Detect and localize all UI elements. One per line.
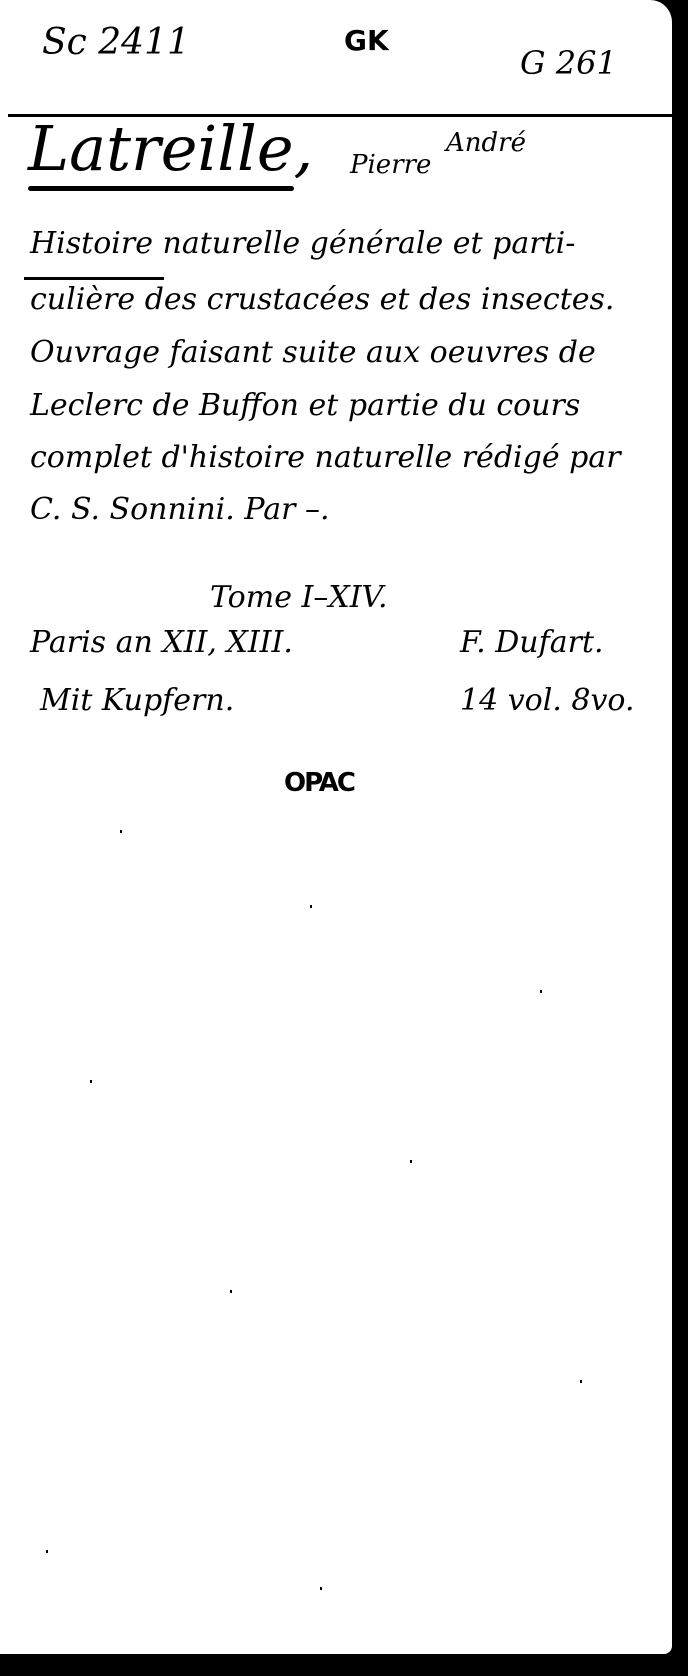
title-line-4: Leclerc de Buffon et partie du cours: [30, 388, 580, 423]
author-surname: Latreille,: [28, 112, 313, 185]
speck: [320, 1587, 322, 1590]
shelfmark-left: Sc 2411: [42, 22, 190, 63]
speck: [46, 1550, 48, 1553]
imprint-place-date: Paris an XII, XIII.: [30, 625, 293, 660]
speck: [120, 830, 122, 833]
author-given-first: Pierre: [350, 150, 431, 180]
title-line-5: complet d'histoire naturelle rédigé par: [30, 440, 621, 475]
catalog-card: Sc 2411 GK G 261 Latreille, Pierre André…: [0, 0, 672, 1654]
scan-edge: [674, 120, 688, 1480]
extent: 14 vol. 8vo.: [460, 683, 635, 718]
speck: [580, 1380, 582, 1383]
volumes: Tome I–XIV.: [210, 580, 388, 615]
speck: [230, 1290, 232, 1293]
speck: [410, 1160, 412, 1163]
speck: [310, 905, 312, 908]
author-underline: [28, 186, 294, 191]
speck: [540, 990, 542, 993]
shelfmark-right: G 261: [520, 44, 617, 82]
title-underline: [24, 277, 164, 280]
opac-stamp: OPAC: [284, 768, 354, 798]
title-line-2: culière des crustacées et des insectes.: [30, 282, 614, 317]
publisher: F. Dufart.: [460, 625, 604, 660]
collection-code: GK: [344, 24, 389, 57]
author-given-second: André: [446, 128, 526, 158]
illustration-note: Mit Kupfern.: [40, 683, 234, 718]
title-line-6: C. S. Sonnini. Par –.: [30, 492, 330, 527]
title-line-3: Ouvrage faisant suite aux oeuvres de: [30, 335, 596, 370]
speck: [90, 1080, 92, 1083]
title-line-1: Histoire naturelle générale et parti-: [30, 226, 575, 261]
